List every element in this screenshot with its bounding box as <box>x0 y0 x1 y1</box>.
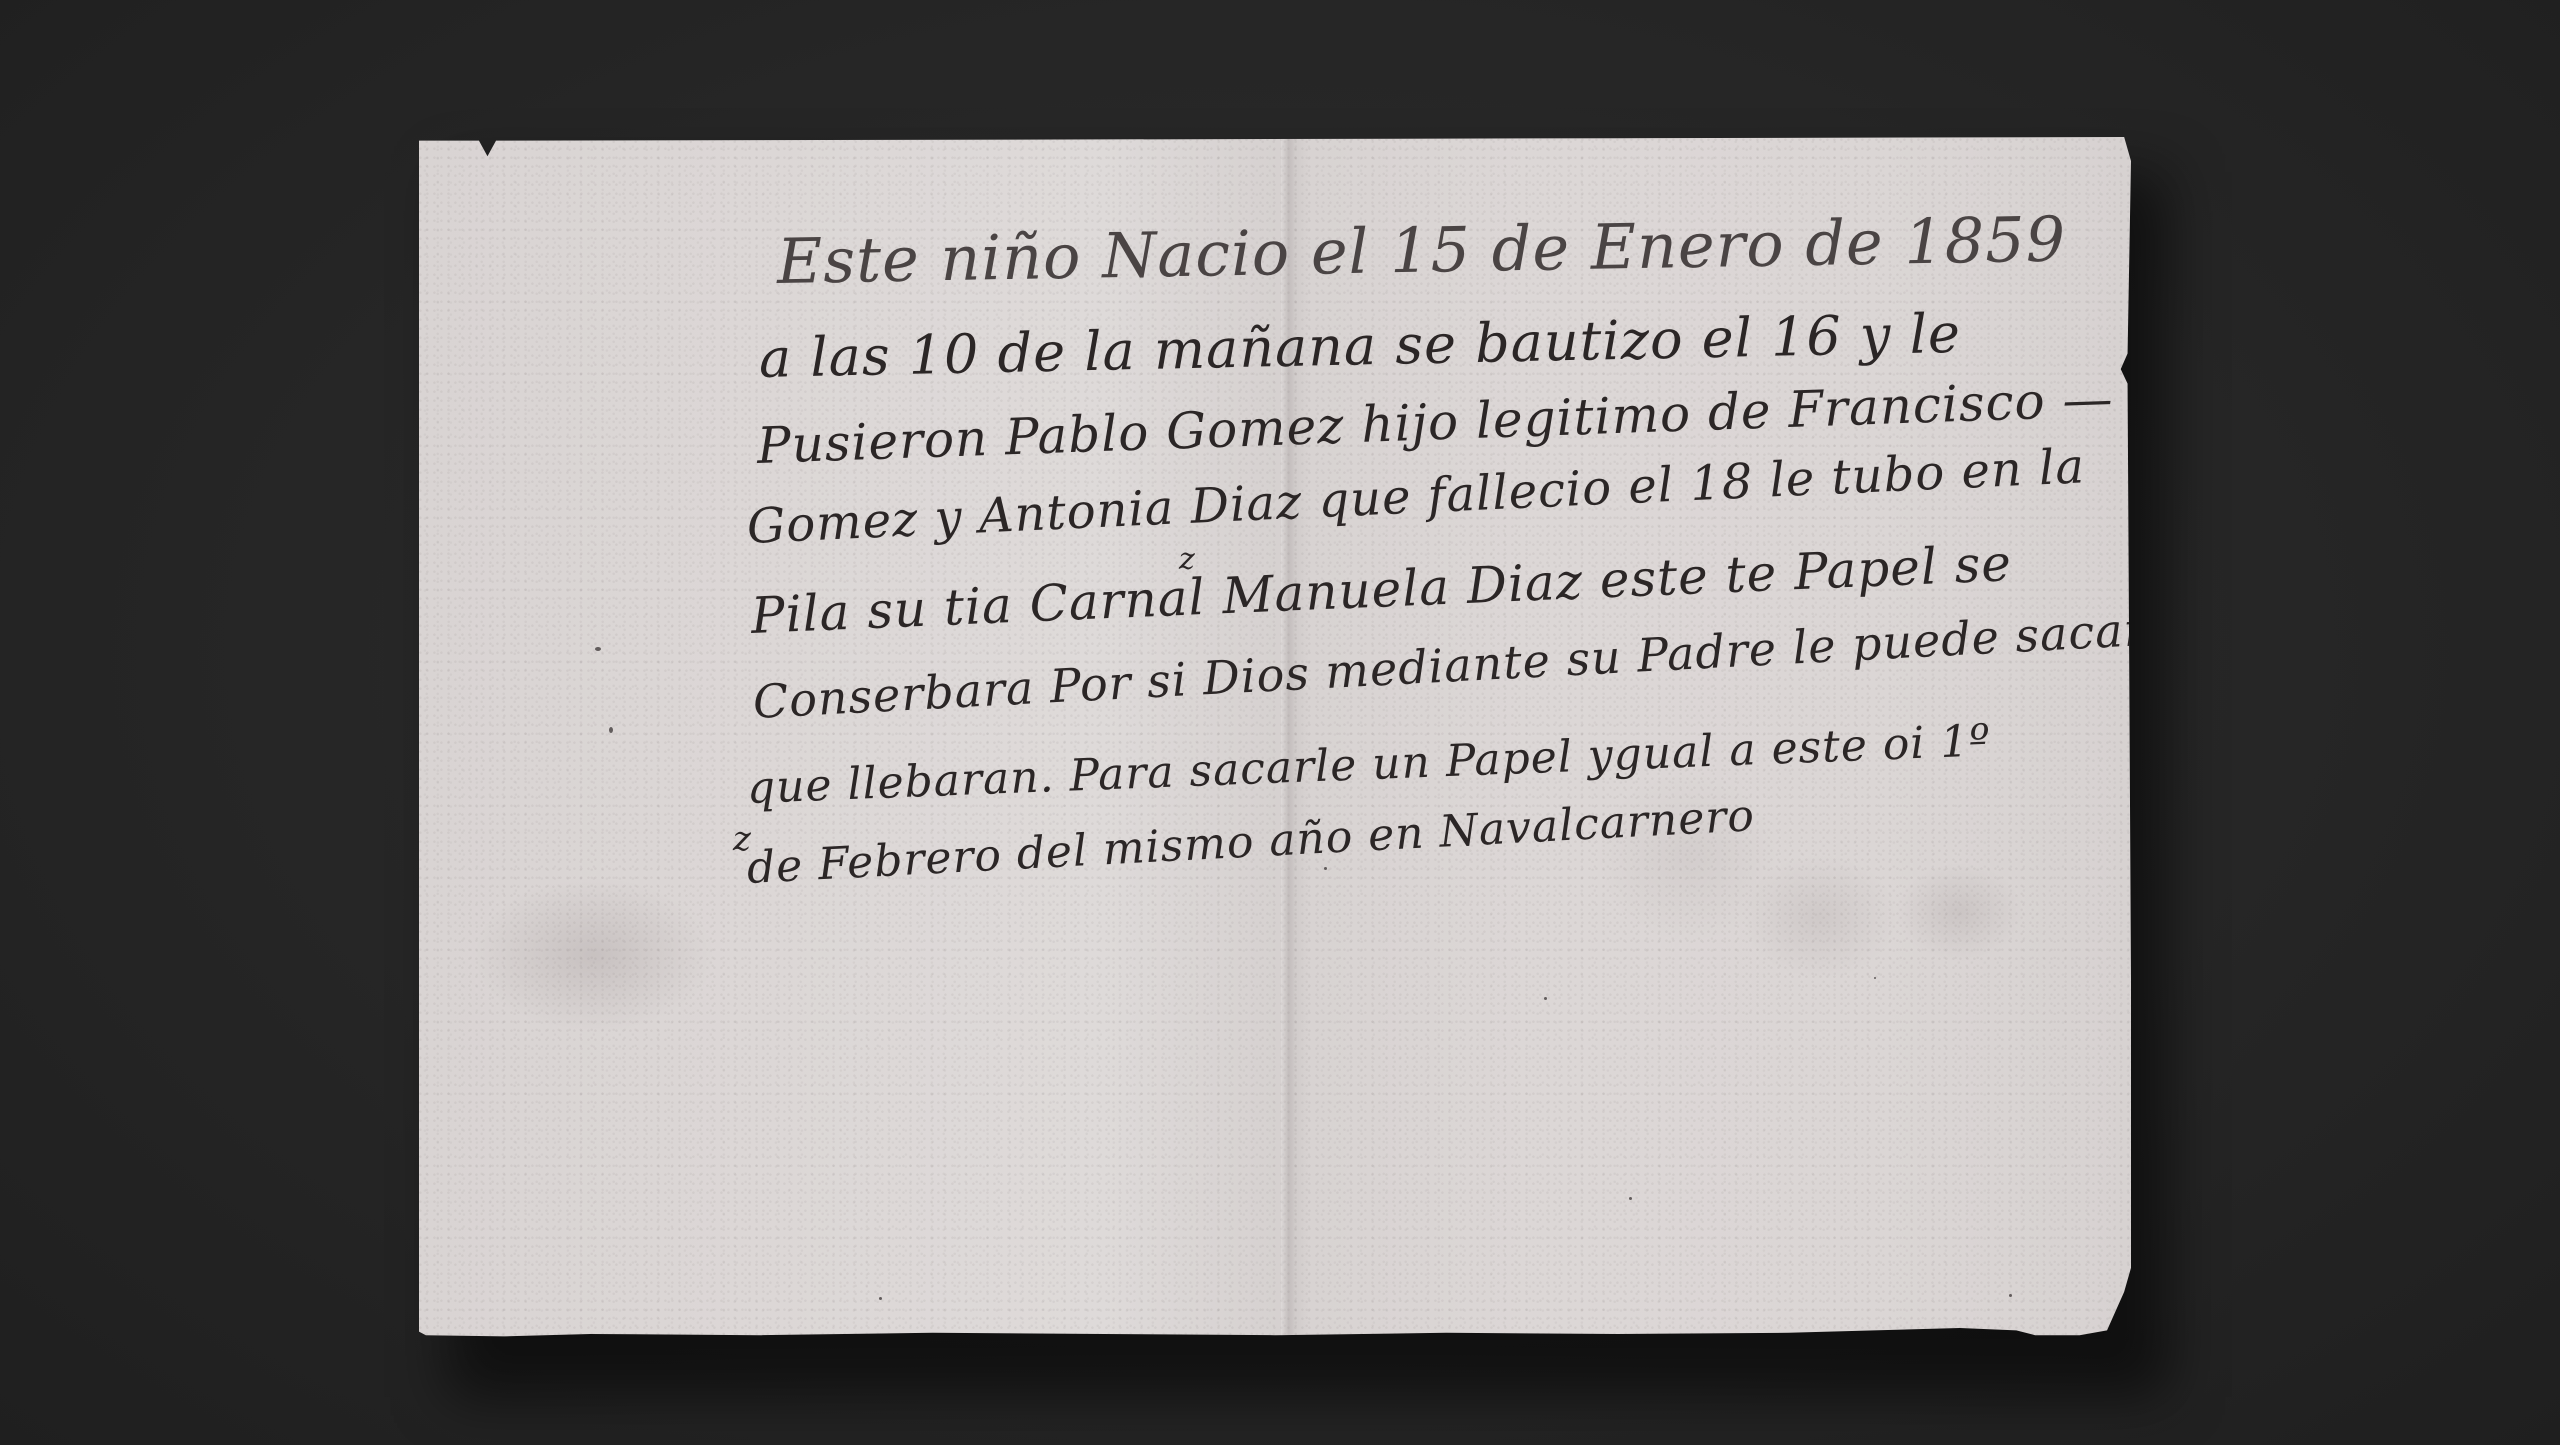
letter-line-1: Este niño Nacio el 15 de Enero de 1859 <box>776 203 2066 298</box>
under-mark: z <box>1179 542 1195 577</box>
margin-mark: z <box>733 819 751 859</box>
letter-line-2: a las 10 de la mañana se bautizo el 16 y… <box>758 302 1961 390</box>
paper-sheet: Este niño Nacio el 15 de Enero de 1859 a… <box>419 137 2131 1340</box>
letter-line-7: que llebaran. Para sacarle un Papel ygua… <box>746 715 1992 814</box>
photo-stage: Este niño Nacio el 15 de Enero de 1859 a… <box>0 0 2560 1445</box>
